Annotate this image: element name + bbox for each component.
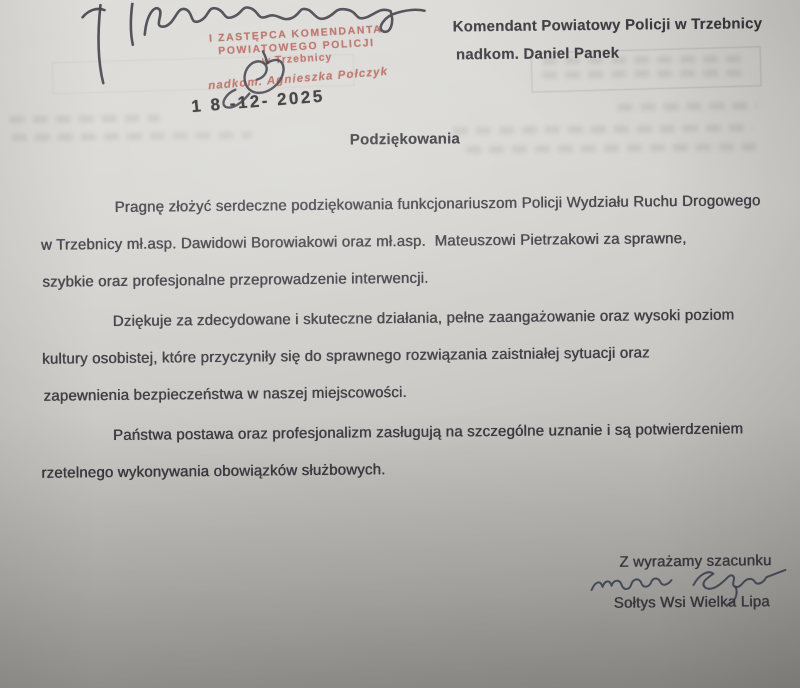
- paragraph-1-line-1: Pragnę złożyć serdeczne podziękowania fu…: [114, 192, 760, 216]
- paragraph-3-line-2: rzetelnego wykonywania obowiązków służbo…: [41, 461, 385, 482]
- photo-of-letter: I ZASTĘPCA KOMENDANTA POWIATOWEGO POLICJ…: [0, 0, 800, 688]
- bleedthrough-smudge: [10, 115, 160, 124]
- official-red-stamp: I ZASTĘPCA KOMENDANTA POWIATOWEGO POLICJ…: [168, 21, 427, 92]
- bleedthrough-smudge: [453, 124, 753, 134]
- paragraph-2-line-1: Dziękuje za zdecydowane i skuteczne dzia…: [113, 306, 735, 330]
- closing-signer: Sołtys Wsi Wielka Lipa: [614, 593, 770, 612]
- paragraph-1-line-2: w Trzebnicy mł.asp. Dawidowi Borowiakowi…: [41, 230, 687, 254]
- paragraph-2-line-2: kultury osobistej, które przyczyniły się…: [42, 344, 650, 367]
- bleedthrough-smudge: [12, 132, 252, 142]
- bleedthrough-smudge: [617, 102, 757, 110]
- recipient-title: Komendant Powiatowy Policji w Trzebnicy: [453, 15, 763, 35]
- recipient-name: nadkom. Daniel Panek: [456, 45, 619, 64]
- closing-salutation: Z wyrażamy szacunku: [619, 552, 771, 571]
- paragraph-2-line-3: zapewnienia bezpieczeństwa w naszej miej…: [43, 384, 406, 405]
- letter-title: Podziękowania: [350, 130, 460, 148]
- paragraph-3-line-1: Państwa postawa oraz profesjonalizm zasł…: [113, 420, 743, 444]
- bleedthrough-smudge: [466, 143, 756, 153]
- letter-sheet: I ZASTĘPCA KOMENDANTA POWIATOWEGO POLICJ…: [0, 0, 800, 688]
- paragraph-1-line-3: szybkie oraz profesjonalne przeprowadzen…: [42, 270, 428, 291]
